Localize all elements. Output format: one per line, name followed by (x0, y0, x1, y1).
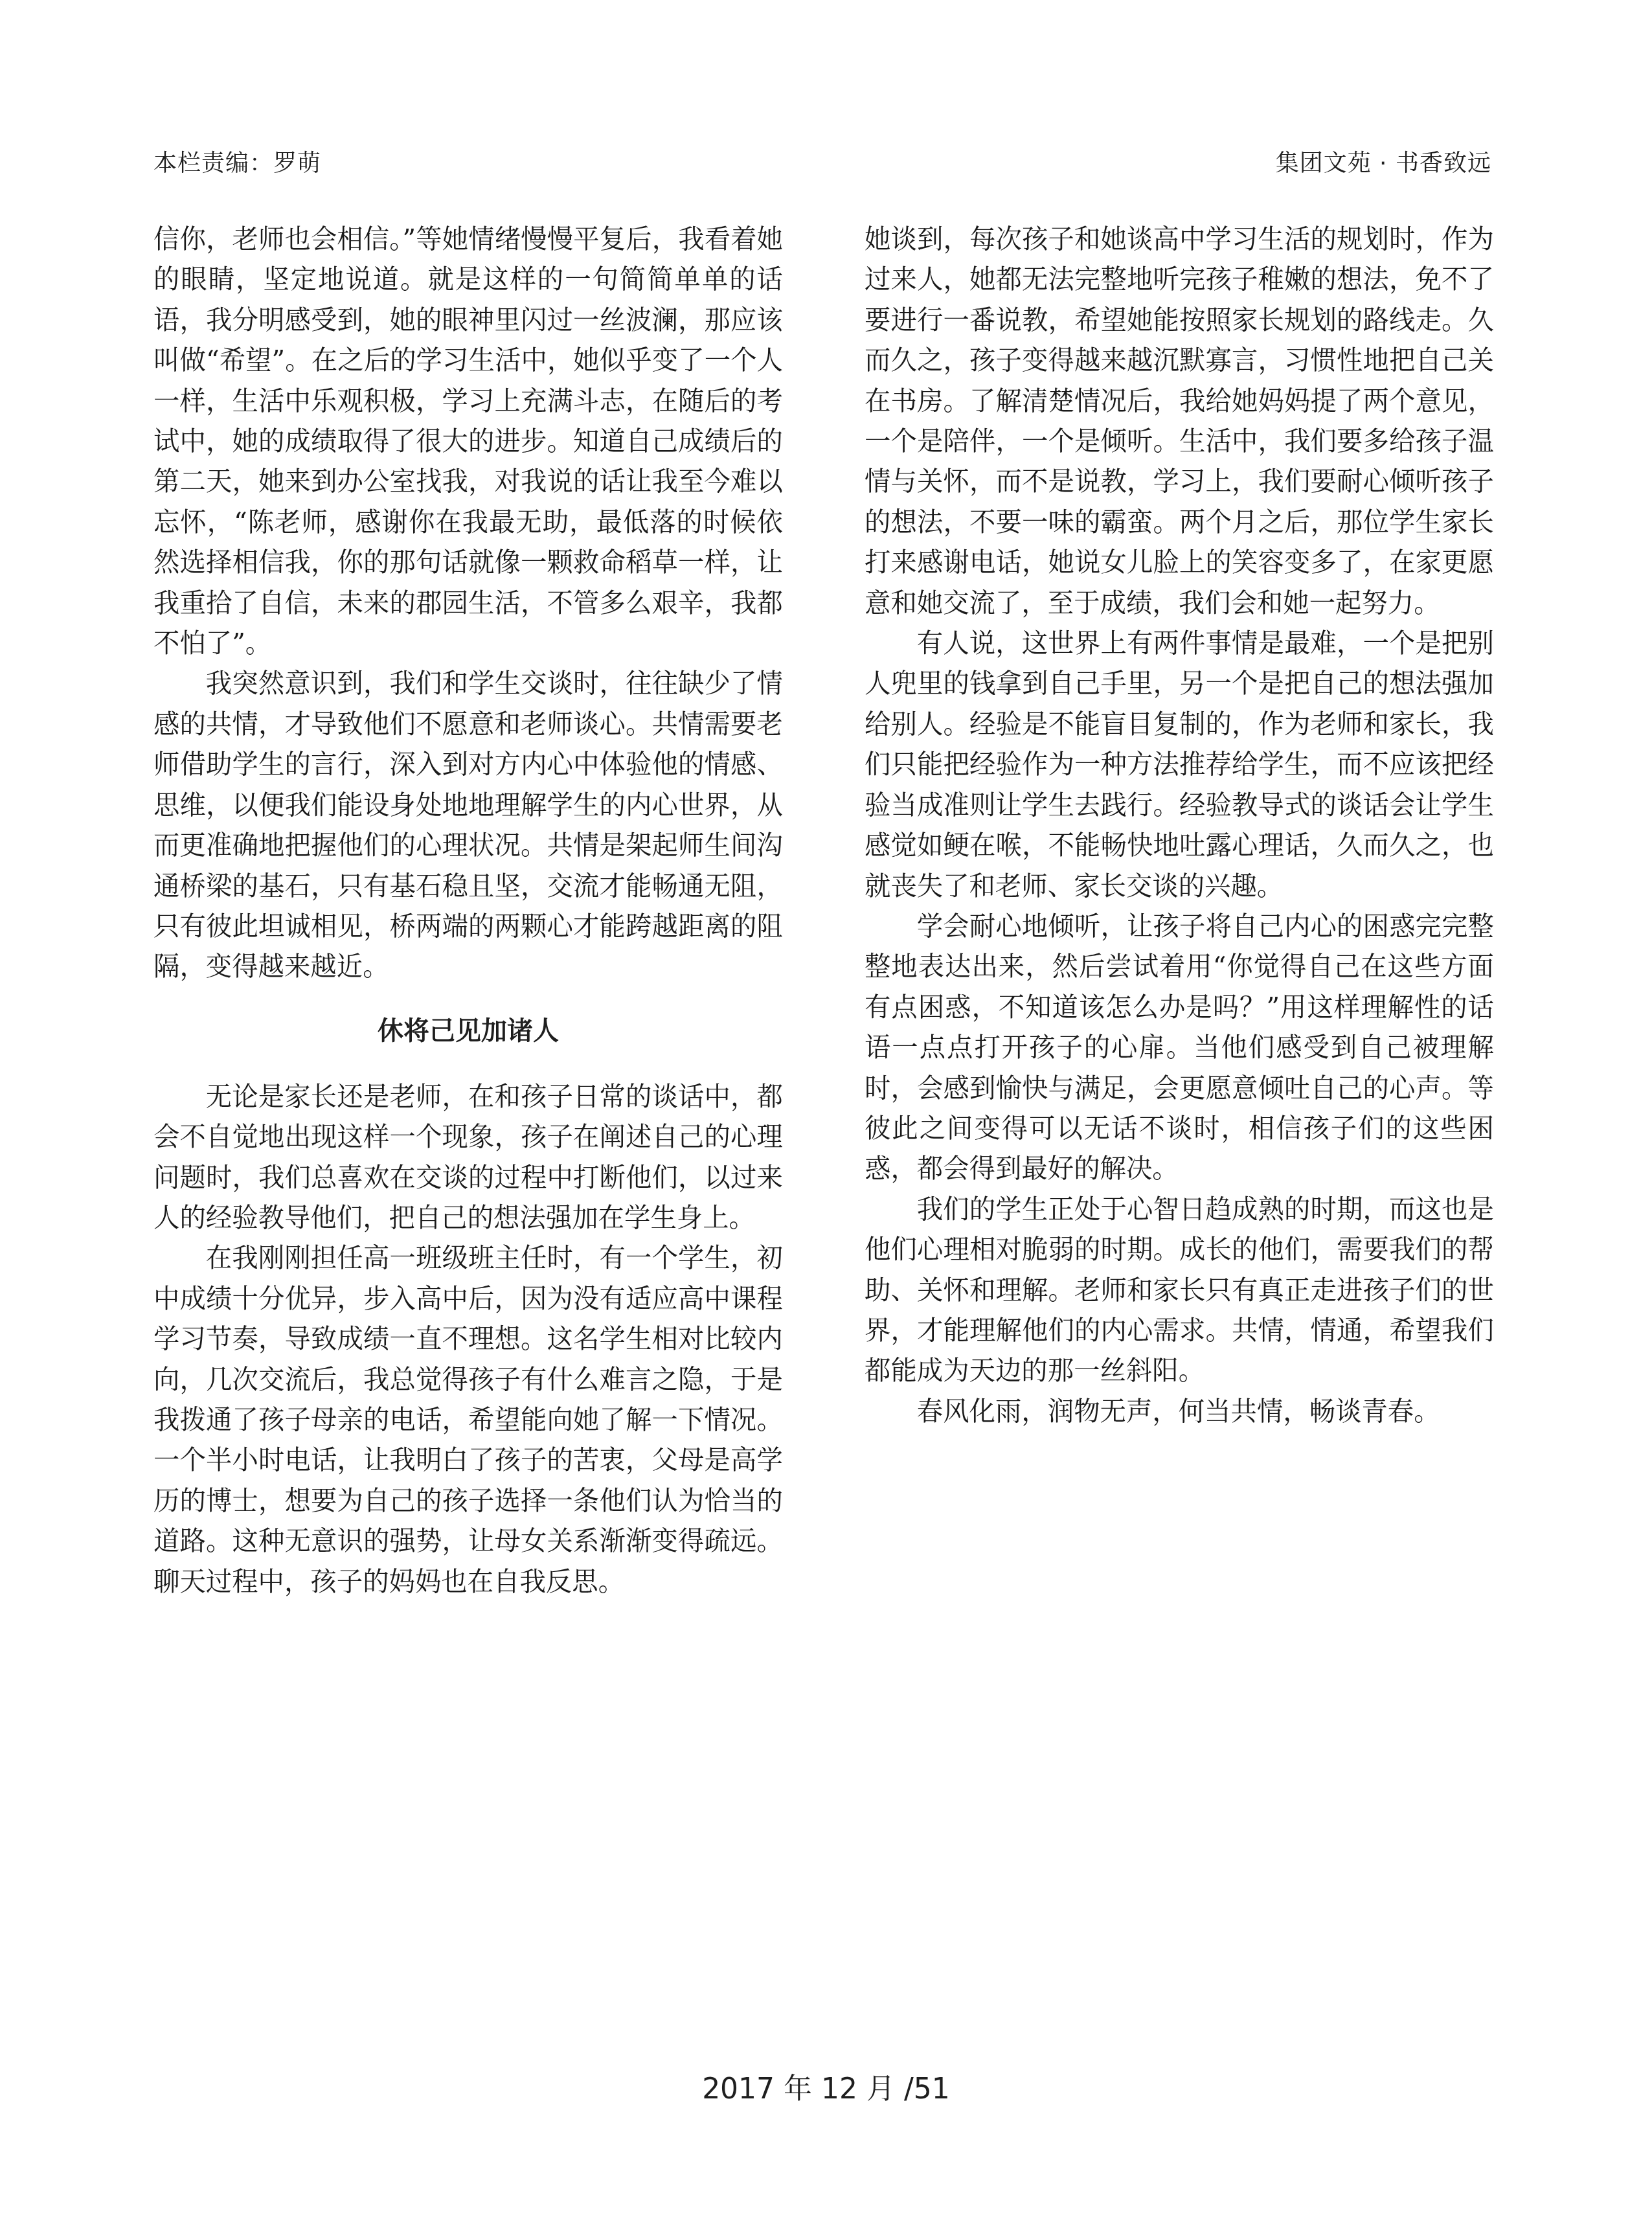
paragraph: 信你，老师也会相信。”等她情绪慢慢平复后，我看着她的眼睛，坚定地说道。就是这样的… (153, 219, 783, 663)
paragraph: 她谈到，每次孩子和她谈高中学习生活的规划时，作为过来人，她都无法完整地听完孩子稚… (865, 219, 1494, 623)
left-column: 信你，老师也会相信。”等她情绪慢慢平复后，我看着她的眼睛，坚定地说道。就是这样的… (153, 219, 783, 1602)
section-heading: 休将己见加诸人 (153, 1012, 783, 1051)
page-footer: 2017 年 12 月 /51 (0, 2071, 1652, 2107)
paragraph: 春风化雨，润物无声，何当共情，畅谈青春。 (865, 1391, 1494, 1431)
column-editor-label: 本栏责编：罗萌 (153, 148, 321, 180)
paragraph: 在我刚刚担任高一班级班主任时，有一个学生，初中成绩十分优异，步入高中后，因为没有… (153, 1238, 783, 1602)
section-title: 集团文苑 · 书香致远 (1276, 148, 1491, 180)
paragraph: 无论是家长还是老师，在和孩子日常的谈话中，都会不自觉地出现这样一个现象，孩子在阐… (153, 1076, 783, 1238)
paragraph: 我突然意识到，我们和学生交谈时，往往缺少了情感的共情，才导致他们不愿意和老师谈心… (153, 663, 783, 986)
right-column: 她谈到，每次孩子和她谈高中学习生活的规划时，作为过来人，她都无法完整地听完孩子稚… (865, 219, 1494, 1431)
paragraph: 学会耐心地倾听，让孩子将自己内心的困惑完完整整地表达出来，然后尝试着用“你觉得自… (865, 906, 1494, 1189)
paragraph: 有人说，这世界上有两件事情是最难，一个是把别人兜里的钱拿到自己手里，另一个是把自… (865, 623, 1494, 906)
paragraph: 我们的学生正处于心智日趋成熟的时期，而这也是他们心理相对脆弱的时期。成长的他们，… (865, 1189, 1494, 1391)
